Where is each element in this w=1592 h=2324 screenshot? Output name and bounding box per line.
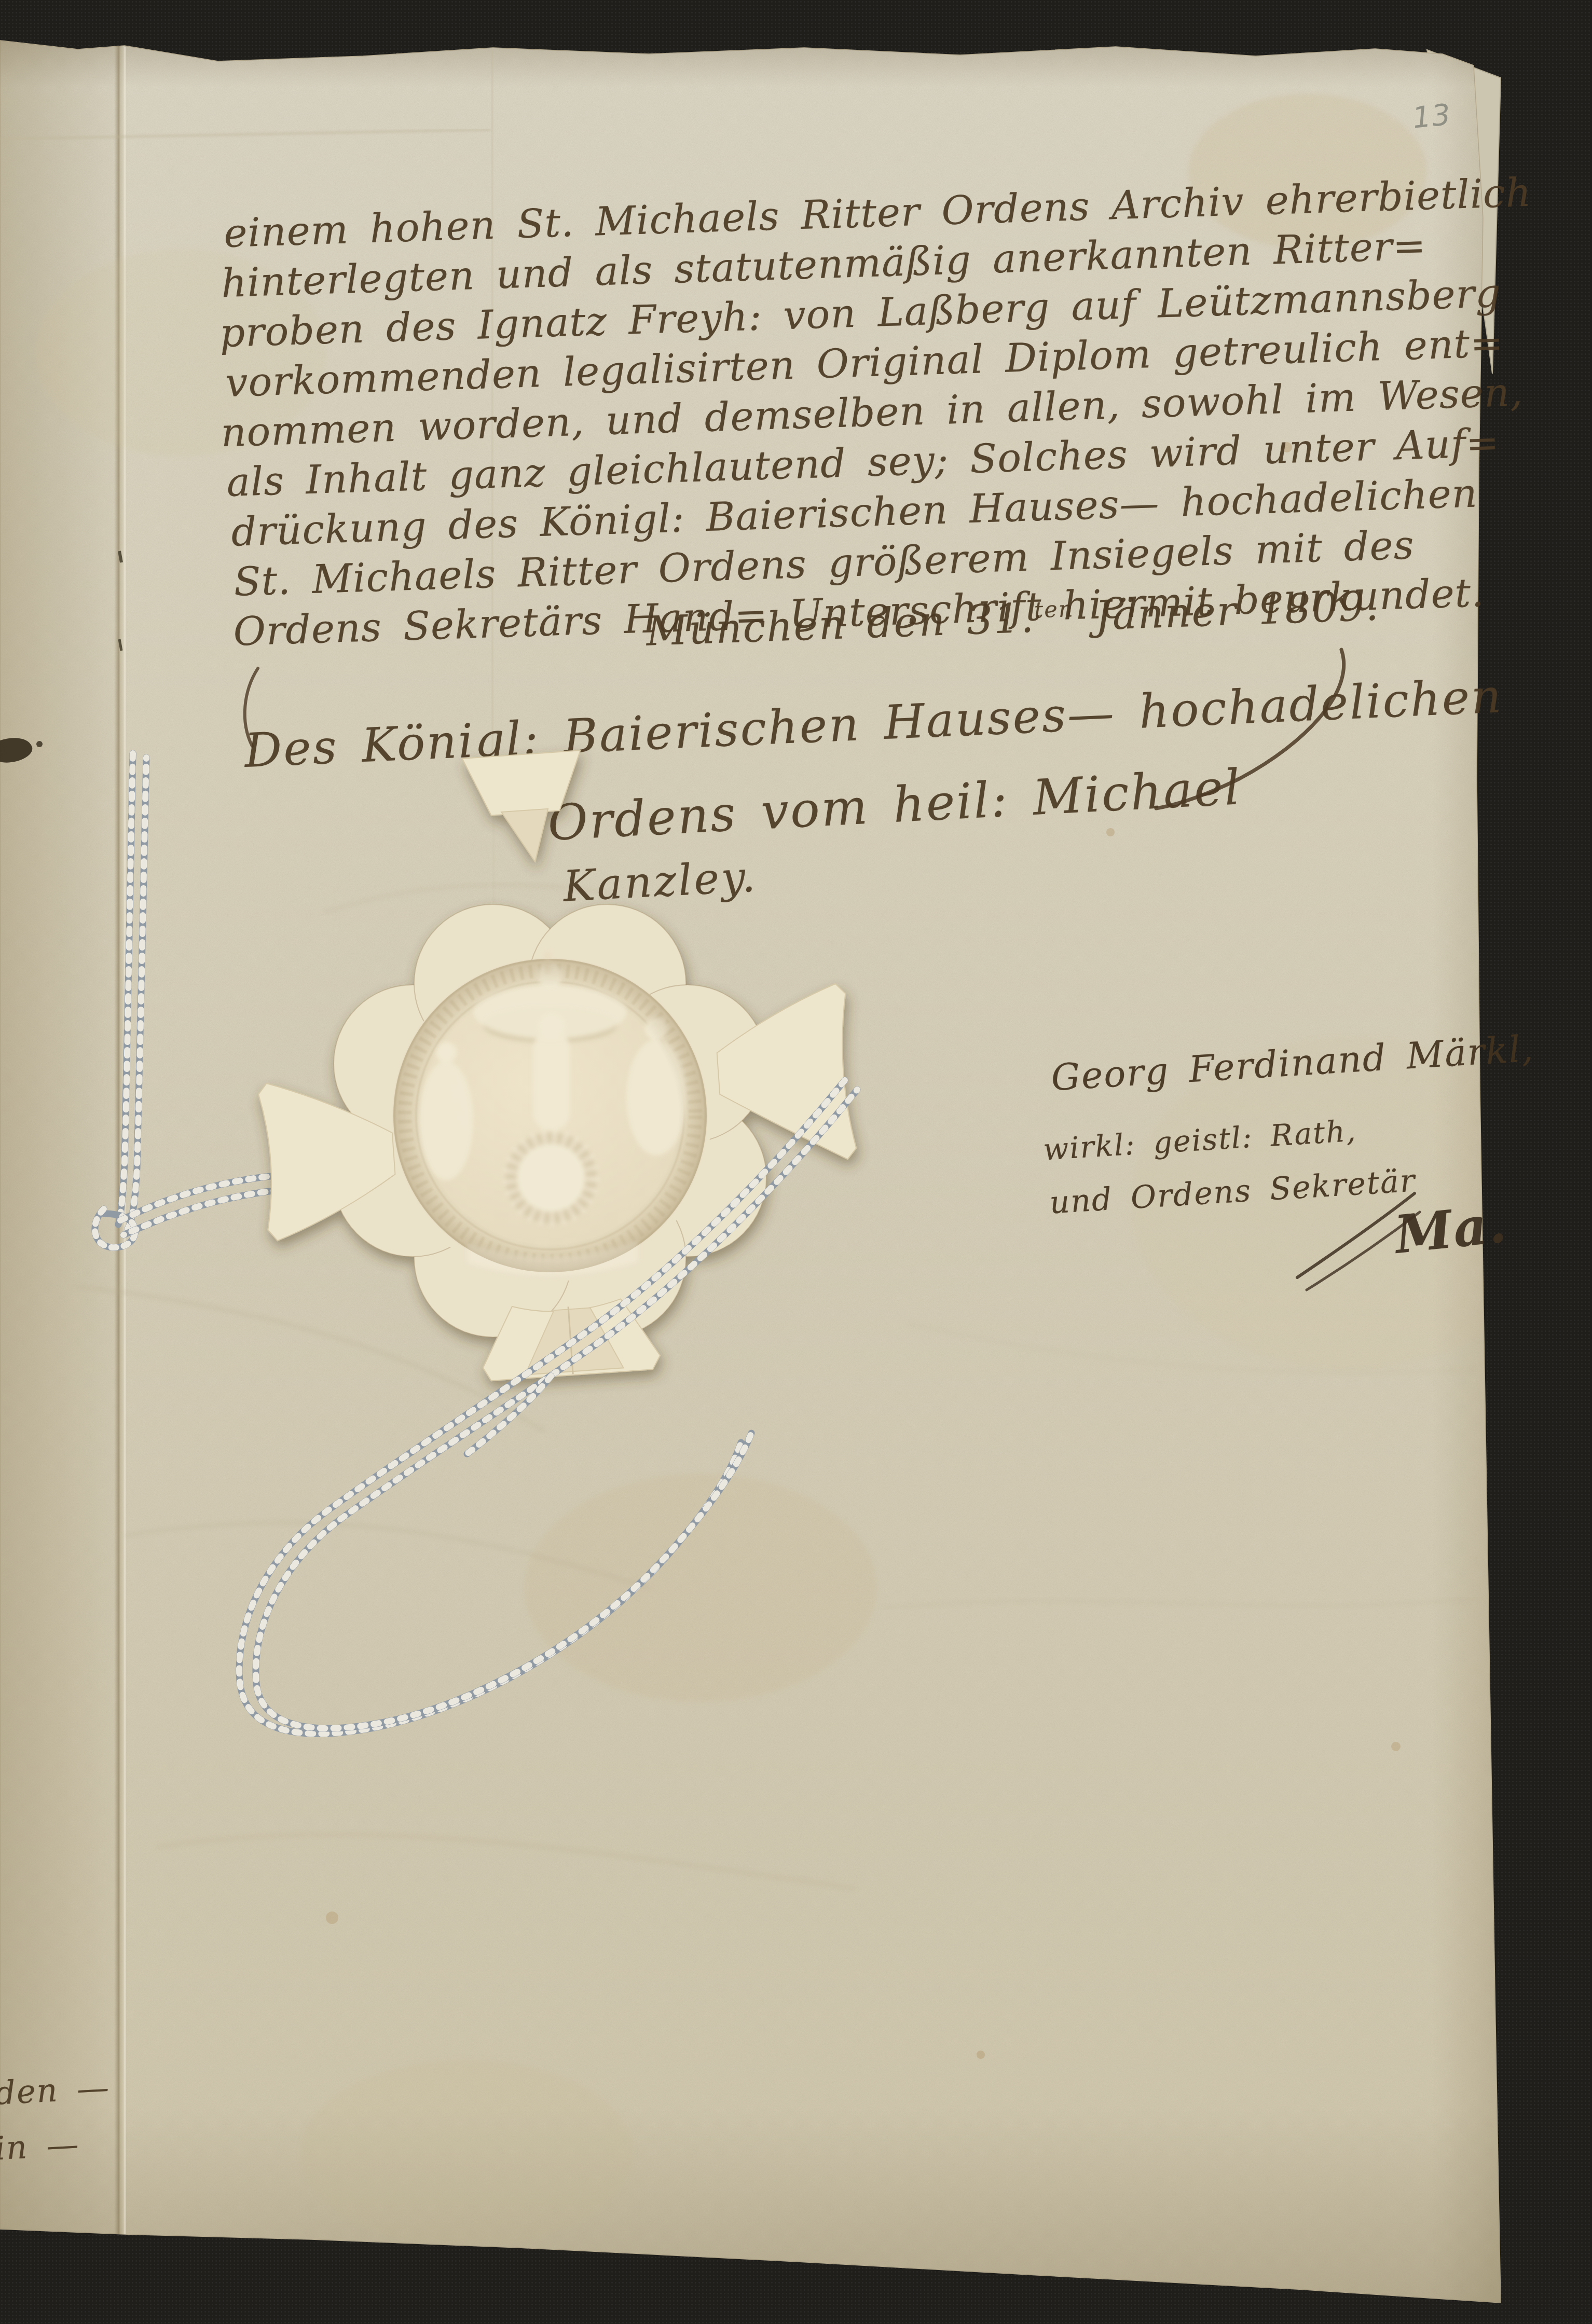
signature-name: Georg Ferdinand Märkl, [1050, 1027, 1535, 1099]
manuscript-scan: einem hohen St. Michaels Ritter Ordens A… [0, 0, 1592, 2324]
closing-line-house: Des Königl: Baierischen Hauses— hochadel… [243, 669, 1504, 778]
dateline-month-year: Jänner 1809. [1073, 583, 1380, 640]
closing-line-order: Ordens vom heil: Michael [546, 759, 1243, 852]
dateline-ordinal-suffix: ten [1034, 596, 1074, 624]
signature-paraph: Ma. [1392, 1193, 1509, 1266]
body-text: einem hohen St. Michaels Ritter Ordens A… [223, 168, 1545, 657]
closing-line-chancellery: Kanzley. [562, 852, 759, 911]
margin-fragment-1: den — [0, 2068, 111, 2112]
folio-number-pencil: 13 [1411, 98, 1453, 135]
margin-fragment-2: in — [0, 2125, 80, 2167]
signature-title-1: wirkl: geistl: Rath, [1042, 1114, 1357, 1167]
handwritten-text-layer: einem hohen St. Michaels Ritter Ordens A… [0, 0, 1592, 2324]
signature-title-2: und Ordens Sekretär [1049, 1162, 1417, 1221]
